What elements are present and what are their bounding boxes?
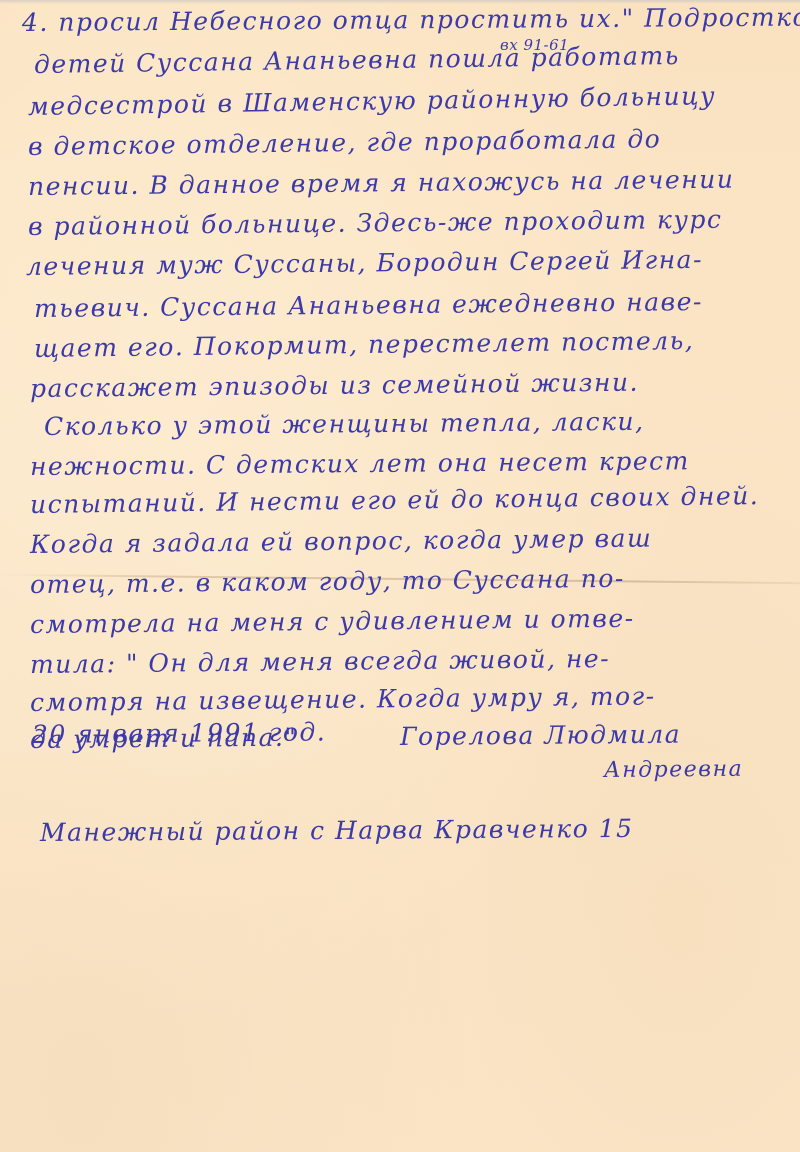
letter-line-2: детей Суссана Ананьевна пошла работать xyxy=(34,41,680,79)
letter-line-15: отец, т.е. в каком году, то Суссана по- xyxy=(30,564,625,599)
letter-line-13: испытаний. И нести его ей до конца своих… xyxy=(30,481,760,519)
letter-line-7: лечения муж Суссаны, Бородин Сергей Игна… xyxy=(26,245,703,281)
letter-line-16: смотрела на меня с удивлением и отве- xyxy=(30,604,635,639)
signature-patronymic: Андреевна xyxy=(604,757,743,783)
letter-line-9: щает его. Покормит, перестелет постель, xyxy=(34,326,695,363)
letter-date: 20 января 1991 год. xyxy=(32,717,327,749)
letter-line-4: в детское отделение, где проработала до xyxy=(28,124,662,161)
signature-name: Горелова Людмила xyxy=(400,720,681,751)
letter-line-18: смотря на извещение. Когда умру я, тог- xyxy=(30,681,656,717)
letter-line-17: тила: " Он для меня всегда живой, не- xyxy=(30,644,610,679)
letter-line-11: Сколько у этой женщины тепла, ласки, xyxy=(44,407,645,441)
letter-line-12: нежности. С детских лет она несет крест xyxy=(30,446,690,481)
letter-line-10: расскажет эпизоды из семейной жизни. xyxy=(30,368,639,403)
sender-address: Манежный район с Нарва Кравченко 15 xyxy=(40,814,634,847)
letter-line-3: медсестрой в Шаменскую районную больницу xyxy=(28,81,716,121)
letter-line-5: пенсии. В данное время я нахожусь на леч… xyxy=(28,165,735,201)
letter-line-1: 4. просил Небесного отца простить их." П… xyxy=(22,2,800,37)
letter-line-14: Когда я задала ей вопрос, когда умер ваш xyxy=(30,523,652,559)
letter-page: вх 91-61 4. просил Небесного отца прости… xyxy=(0,0,800,1152)
letter-line-8: тьевич. Суссана Ананьевна ежедневно наве… xyxy=(34,287,703,323)
letter-line-6: в районной больнице. Здесь-же проходит к… xyxy=(28,205,723,241)
